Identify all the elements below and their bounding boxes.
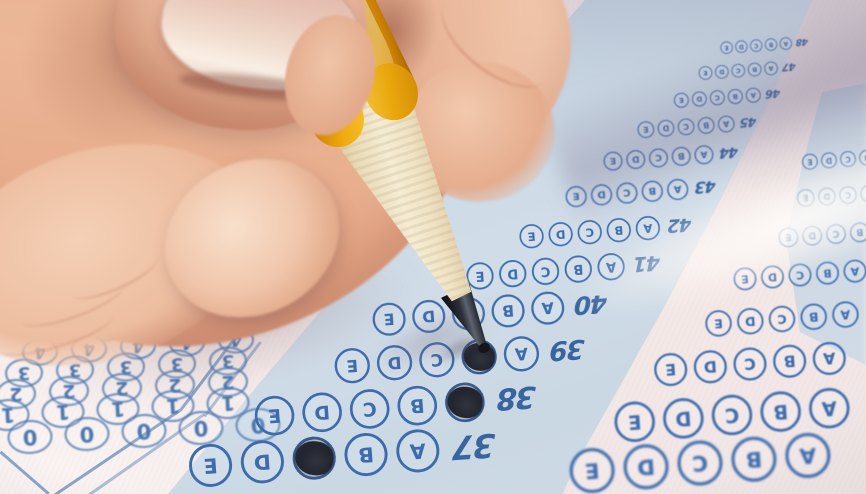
- photo-scene: 555554444433333222221111100000 37ABCDE38…: [0, 0, 866, 494]
- thumb-group: [0, 0, 866, 494]
